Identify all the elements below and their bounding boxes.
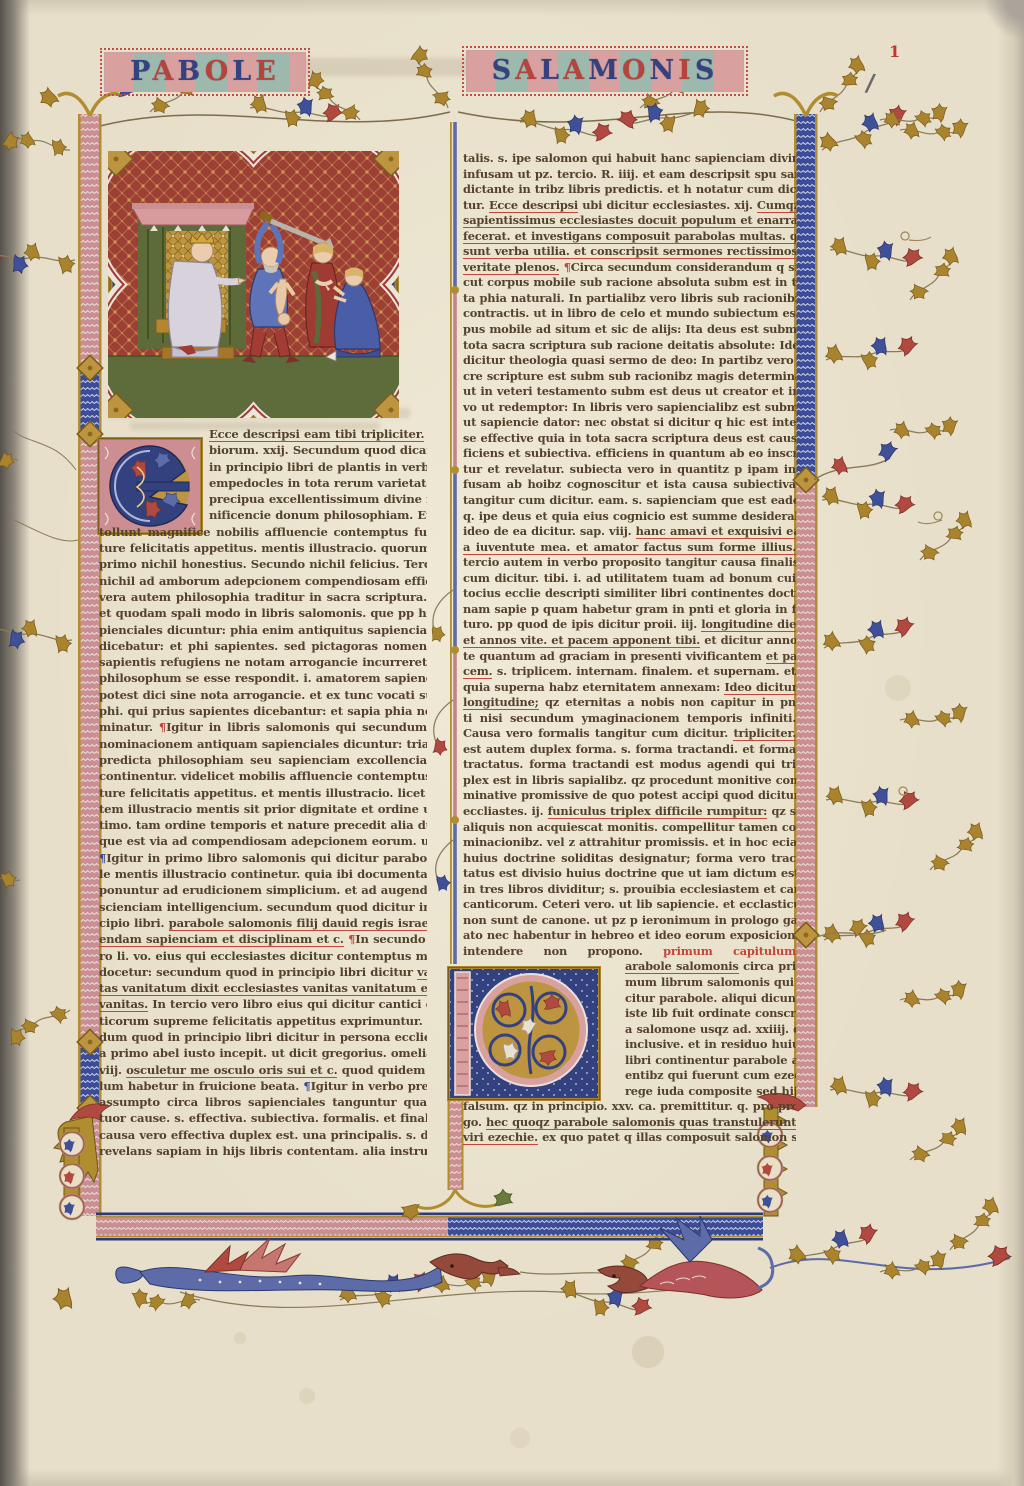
text-segment: empedocles in tota rerum varietate [209, 476, 427, 490]
text-line: intendere non propono. primum capitulum [463, 944, 796, 960]
text-segment: docetur: secundum quod in principio libr… [99, 965, 417, 979]
text-segment: que est via ad compendiosam adepcionem e… [99, 834, 427, 848]
paragraph-mark: ¶ [564, 260, 571, 274]
text-line: tocius ecclie descripti similiter libri … [463, 586, 796, 602]
header-word-parabole: PABOLE [104, 52, 306, 92]
text-segment: circa pri [739, 959, 796, 973]
text-segment: phi. qui prius sapientes dicebantur: et … [99, 704, 427, 718]
text-line: q. ipe deus et quia eius cognicio est su… [463, 509, 796, 525]
text-line: rege iuda composite sed hij videt [625, 1084, 796, 1100]
text-segment: philosophum se esse respondit. i. amator… [99, 671, 427, 685]
text-segment: continentur. videlicet mobilis affluenci… [99, 769, 427, 783]
text-line: longitudine; qz eternitas a nobis non ca… [463, 695, 796, 711]
text-line: et quodam spali modo in libris salomonis… [99, 605, 427, 621]
text-segment: et dicitur annos vi [700, 633, 796, 647]
text-segment: assumpto circa libros sapienciales tangu… [99, 1095, 427, 1109]
header-text: PABOLE [130, 57, 280, 87]
text-line: cut corpus mobile sub racione absoluta s… [463, 275, 796, 291]
text-line: lum habetur in fruicione beata. ¶Igitur … [99, 1078, 427, 1094]
header-letter: O [622, 55, 650, 86]
text-segment: longitudine; [463, 695, 539, 710]
text-segment: viri ezechie. [463, 1130, 538, 1145]
text-line: cre scripture est subm sub racionibz mag… [463, 369, 796, 385]
text-line: est autem duplex forma. s. forma tractan… [463, 742, 796, 758]
text-line: ut in veteri testamento subm est deus ut… [463, 384, 796, 400]
text-line: assumpto circa libros sapienciales tangu… [99, 1094, 427, 1110]
text-line: philosophum se esse respondit. i. amator… [99, 670, 427, 686]
text-line: nificencie donum philosophiam. Et ex [209, 507, 427, 523]
text-line: entibz qui fuerunt cum ezechia [625, 1068, 796, 1084]
header-letter: E [255, 56, 280, 87]
text-segment: In secundo ve [355, 932, 427, 946]
text-segment: canticorum. Ceteri vero. ut lib sapienci… [463, 897, 796, 911]
text-segment: Ecce descripsi [489, 198, 578, 213]
text-segment: ato nec habentur in hebreo et ideo eorum… [463, 928, 796, 942]
text-line: vera autem philosophia traditur in sacra… [99, 589, 427, 605]
text-segment: tollunt magnifice nobilis affluencie con… [99, 525, 427, 539]
header-letter: O [205, 56, 233, 87]
header-letter: L [540, 55, 563, 86]
text-segment: longitudine diei [701, 617, 796, 632]
text-segment: ture felicitatis appetitus. mentis illus… [99, 541, 427, 555]
text-segment: le mentis illustracio continetur. quia i… [99, 867, 427, 881]
text-segment: vani [417, 965, 427, 980]
header-word-salamonis: SALAMONIS [466, 50, 744, 92]
text-segment: non sunt de canone. ut pz p ieronimum in… [463, 913, 796, 927]
text-segment: citur parabole. aliqui dicunt q [625, 991, 796, 1005]
text-line: ro li. vo. eius qui ecclesiastes dicitur… [99, 948, 427, 964]
text-line: iste lib fuit ordinate conscriptus [625, 1006, 796, 1022]
text-segment: eccliastes. ij. [463, 804, 548, 818]
paragraph-mark: ¶ [303, 1079, 310, 1093]
header-letter: A [152, 56, 177, 87]
header-letter: A [563, 55, 588, 86]
text-line: veritate plenos. ¶Circa secundum conside… [463, 260, 796, 276]
text-segment: viij. [99, 1063, 126, 1077]
text-line: a primo abel iusto incepit. ut dicit gre… [99, 1045, 427, 1061]
text-segment: tem illustracio mentis sit prior dignita… [99, 802, 427, 816]
text-segment: qz si [767, 804, 796, 818]
text-line: a salomone usqz ad. xxiiij. ca. [625, 1022, 796, 1038]
text-line: mum librum salomonis qui di [625, 975, 796, 991]
text-segment: primo nichil honestius. Secundo nichil f… [99, 557, 427, 571]
text-segment: parabole salomonis filij dauid regis isr… [169, 916, 427, 931]
text-segment: In tercio vero libro eius qui dicitur ca… [148, 997, 427, 1011]
text-segment: infusam ut pz. tercio. R. iiij. et eam d… [463, 167, 796, 181]
text-line: cipio libri. parabole salomonis filij da… [99, 915, 427, 931]
text-line: que est via ad compendiosam adepcionem e… [99, 833, 427, 849]
text-segment: ex quo patet q illas composuit salomon s… [538, 1130, 796, 1144]
text-line: arabole salomonis circa pri [625, 959, 796, 975]
text-segment: tercio autem in verbo proposito tangitur… [463, 555, 796, 569]
text-segment: ponuntur ad erudicionem simplicium. et a… [99, 883, 427, 897]
text-line: timo. tam ordine temporis et nature prec… [99, 817, 427, 833]
text-line: ture felicitatis appetitus. mentis illus… [99, 540, 427, 556]
text-segment: talis. s. ipe salomon qui habuit hanc sa… [463, 151, 796, 165]
text-segment: se effective quia in tota sacra scriptur… [463, 431, 796, 445]
text-line: precipua excellentissimum divine mu [209, 491, 427, 507]
text-segment: nam sapie p quam habetur gram in pnti et… [463, 602, 796, 616]
text-segment: et annos vite. et pacem apponent tibi. [463, 633, 700, 648]
text-line: nichil ad amborum adepcionem compendiosa… [99, 573, 427, 589]
text-segment: Causa vero formalis tangitur cum dicitur… [463, 726, 733, 740]
text-segment: pienciales dicuntur: phia enim antiquitu… [99, 623, 427, 637]
text-line: viij. osculetur me osculo oris sui et c.… [99, 1062, 427, 1078]
text-line: tatus est divisio huius doctrine que ut … [463, 866, 796, 882]
text-line: tuor cause. s. effectiva. subiectiva. fo… [99, 1110, 427, 1126]
text-segment: ture felicitatis appetitus. et mentis il… [99, 786, 427, 800]
text-segment: vanitas. [99, 997, 148, 1012]
text-line: citur parabole. aliqui dicunt q [625, 991, 796, 1007]
text-line: ponuntur ad erudicionem simplicium. et a… [99, 882, 427, 898]
text-segment: arabole salomonis [625, 959, 739, 974]
text-segment: cum dicitur. tibi. i. ad utilitatem tuam… [463, 571, 796, 585]
text-segment: Ecce descripsi eam tibi tripliciter. [209, 427, 424, 442]
text-line: tur et revelatur. subiecta vero in quant… [463, 462, 796, 478]
text-segment: biorum. xxij. Secundum quod dicatur [209, 443, 427, 457]
text-line: a iuventute mea. et amator factus sum fo… [463, 540, 796, 556]
text-segment: hanc amavi et exquisivi eam [636, 524, 796, 539]
text-line: minative promissive de quo potest accipi… [463, 788, 796, 804]
text-segment: entibz qui fuerunt cum ezechia [625, 1068, 796, 1082]
text-segment: a iuventute mea. et amator factus sum fo… [463, 540, 796, 555]
text-segment: timo. tam ordine temporis et nature prec… [99, 818, 427, 832]
manuscript-page: PABOLE SALAMONIS 1 / [0, 0, 1024, 1486]
text-line: non sunt de canone. ut pz p ieronimum in… [463, 913, 796, 929]
text-line: phi. qui prius sapientes dicebantur: et … [99, 703, 427, 719]
text-line: se effective quia in tota sacra scriptur… [463, 431, 796, 447]
text-segment: intendere non propono. [463, 944, 663, 958]
text-segment: turo. pp quod de ipis dicitur proii. iij… [463, 617, 701, 631]
text-segment: ut sapiencie dator: nec obstat si dicitu… [463, 415, 796, 429]
header-text: SALAMONIS [492, 56, 719, 86]
text-segment: precipua excellentissimum divine mu [209, 492, 427, 506]
text-segment: mum librum salomonis qui di [625, 975, 796, 989]
text-segment: nominacionem antiquam sapienciales dicun… [99, 737, 427, 751]
text-segment: revelans sapiam in hijs libris contentam… [99, 1144, 427, 1158]
text-segment: libri continentur parabole a sapi [625, 1053, 796, 1067]
text-segment: ro li. vo. eius qui ecclesiastes dicitur… [99, 949, 427, 963]
text-line: Causa vero formalis tangitur cum dicitur… [463, 726, 796, 742]
text-segment: contractis. ut in libro de celo et mundo… [463, 306, 796, 320]
text-segment: sapientissimus ecclesiastes docuit popul… [463, 213, 796, 228]
text-segment: tripliciter. [733, 726, 796, 741]
text-segment: ut in veteri testamento subm est deus ut… [463, 384, 796, 398]
text-line: contractis. ut in libro de celo et mundo… [463, 306, 796, 322]
text-segment: tur et revelatur. subiecta vero in quant… [463, 462, 796, 476]
text-segment: q. ipe deus et quia eius cognicio est su… [463, 509, 796, 523]
text-segment: scienciam intelligencium. secundum quod … [99, 900, 427, 914]
header-letter: S [695, 55, 719, 86]
header-letter: B [177, 56, 204, 87]
text-line: ficiens et subiectiva. efficiens in quan… [463, 446, 796, 462]
text-line: quia superna habz eternitatem annexam: I… [463, 680, 796, 696]
text-line: ture felicitatis appetitus. et mentis il… [99, 785, 427, 801]
text-line: tangitur cum dicitur. eam. s. sapienciam… [463, 493, 796, 509]
text-segment: prou [424, 427, 427, 441]
header-letter: I [678, 55, 695, 86]
text-segment: dicitur theologia quasi sermo de deo: In… [463, 353, 796, 367]
header-letter: L [232, 56, 255, 87]
text-segment: lum habetur in fruicione beata. [99, 1079, 303, 1093]
text-line: dicebatur: et phi sapientes. sed pictago… [99, 638, 427, 654]
text-segment: plex est in libris sapialibz. qz procedu… [463, 773, 796, 787]
text-segment: rege iuda composite sed hij videt [625, 1084, 796, 1098]
text-line: et annos vite. et pacem apponent tibi. e… [463, 633, 796, 649]
text-line: go. hec quoqz parabole salomonis quas tr… [463, 1115, 796, 1131]
text-segment: ficiens et subiectiva. efficiens in quan… [463, 446, 796, 460]
text-segment: et pa [766, 649, 796, 664]
text-segment: cut corpus mobile sub racione absoluta s… [463, 275, 796, 289]
text-line: fecerat. et investigans composuit parabo… [463, 229, 796, 245]
text-line: ti nisi secundum ymaginacionem temporis … [463, 711, 796, 727]
text-segment: et quodam spali modo in libris salomonis… [99, 606, 427, 620]
text-line: tem illustracio mentis sit prior dignita… [99, 801, 427, 817]
text-line: pienciales dicuntur: phia enim antiquitu… [99, 622, 427, 638]
right-text-column: talis. s. ipe salomon qui habuit hanc sa… [463, 151, 796, 1146]
text-line: pus mobile ad situm et sic de alijs: Ita… [463, 322, 796, 338]
text-line: minacionibz. vel z attrahitur promissis.… [463, 835, 796, 851]
text-segment: go. [463, 1115, 486, 1129]
text-segment: tatus est divisio huius doctrine que ut … [463, 866, 796, 880]
text-segment: huius doctrine soliditas designatur; for… [463, 851, 796, 865]
text-line: nominacionem antiquam sapienciales dicun… [99, 736, 427, 752]
text-segment: Igitur in libris salomonis qui secundum [166, 720, 427, 734]
text-line: vanitas. In tercio vero libro eius qui d… [99, 996, 427, 1012]
text-line: eccliastes. ij. funiculus triplex diffic… [463, 804, 796, 820]
text-segment: iste lib fuit ordinate conscriptus [625, 1006, 796, 1020]
text-line: vo ut redemptor: In libris vero sapienci… [463, 400, 796, 416]
text-line: sapientis refugiens ne notam arrogancie … [99, 654, 427, 670]
text-line: tractatus. forma tractandi est modus age… [463, 757, 796, 773]
text-segment: s. triplicem. internam. finalem. et supe… [492, 664, 796, 678]
text-segment: minative promissive de quo potest accipi… [463, 788, 796, 802]
text-segment: ti nisi secundum ymaginacionem temporis … [463, 711, 796, 725]
paragraph-mark: ¶ [159, 720, 166, 734]
text-segment: causa vero effectiva duplex est. una pri… [99, 1128, 427, 1142]
text-line: Ecce descripsi eam tibi tripliciter. pro… [209, 426, 427, 442]
text-segment: predicta philosophiam seu sapienciam exc… [99, 753, 427, 767]
text-line: ideo de ea dicitur. sap. viij. hanc amav… [463, 524, 796, 540]
header-letter: A [515, 55, 540, 86]
header-letter: N [649, 55, 678, 86]
text-line: cem. s. triplicem. internam. finalem. et… [463, 664, 796, 680]
text-line: endam sapienciam et disciplinam et c. ¶I… [99, 931, 427, 947]
header-letter: M [588, 55, 622, 86]
text-segment: Ideo dicitur [724, 680, 796, 695]
left-text-column: Ecce descripsi eam tibi tripliciter. pro… [99, 426, 427, 1159]
text-line: ut sapiencie dator: nec obstat si dicitu… [463, 415, 796, 431]
text-line: te quantum ad graciam in presenti vivifi… [463, 649, 796, 665]
judgment-of-solomon-miniature [108, 151, 399, 418]
text-line: dictante in tribz libris predictis. et h… [463, 182, 796, 198]
text-segment: cipio libri. [99, 916, 169, 930]
text-segment: vera autem philosophia traditur in sacra… [99, 590, 427, 604]
text-segment: veritate plenos. [463, 260, 559, 275]
text-segment: ideo de ea dicitur. sap. viij. [463, 524, 636, 538]
text-line: inclusive. et in residuo huius [625, 1037, 796, 1053]
text-segment: vo ut redemptor: In libris vero sapienci… [463, 400, 796, 414]
text-segment: Circa secundum considerandum q si [571, 260, 796, 274]
text-segment: pus mobile ad situm et sic de alijs: Ita… [463, 322, 796, 336]
header-letter: S [492, 55, 516, 86]
folio-number: 1 [889, 42, 900, 61]
text-segment: qz eternitas a nobis non capitur in pn [539, 695, 796, 709]
text-segment: funiculus triplex difficile rumpitur: [548, 804, 768, 819]
text-line: in tres libros dividitur; s. prouibia ec… [463, 882, 796, 898]
text-segment: sunt verba utilia. et conscripsit sermon… [463, 244, 796, 259]
text-segment: minacionibz. vel z attrahitur promissis.… [463, 835, 796, 849]
text-line: canticorum. Ceteri vero. ut lib sapienci… [463, 897, 796, 913]
text-line: talis. s. ipe salomon qui habuit hanc sa… [463, 151, 796, 167]
text-line: aliquis non acquiescat monitis. compelli… [463, 820, 796, 836]
text-line: tota sacra scriptura sub racione deitati… [463, 338, 796, 354]
text-segment: endam sapienciam et disciplinam et c. [99, 932, 344, 947]
text-segment: tuor cause. s. effectiva. subiectiva. fo… [99, 1111, 427, 1125]
text-line: ticorum supreme felicitatis appetitus ex… [99, 1013, 427, 1029]
text-line: huius doctrine soliditas designatur; for… [463, 851, 796, 867]
text-line: dum quod in principio libri dicitur in p… [99, 1029, 427, 1045]
text-line: biorum. xxij. Secundum quod dicatur [209, 442, 427, 458]
text-line: sunt verba utilia. et conscripsit sermon… [463, 244, 796, 260]
text-segment: cre scripture est subm sub racionibz mag… [463, 369, 796, 383]
text-segment: osculetur me osculo oris sui et c. [126, 1063, 337, 1078]
text-segment: aliquis non acquiescat monitis. compelli… [463, 820, 796, 834]
text-line: tercio autem in verbo proposito tangitur… [463, 555, 796, 571]
text-segment: in tres libros dividitur; s. prouibia ec… [463, 882, 796, 896]
text-segment: Cumqz ess [757, 198, 796, 213]
text-line: potest dici sine nota arrogancie. et ex … [99, 687, 427, 703]
text-segment: nichil ad amborum adepcionem compendiosa… [99, 574, 427, 588]
text-line: primo nichil honestius. Secundo nichil f… [99, 556, 427, 572]
text-line: libri continentur parabole a sapi [625, 1053, 796, 1069]
text-line: in principio libri de plantis in verba [209, 459, 427, 475]
text-segment: ta phia naturali. In partialibz vero lib… [463, 291, 796, 305]
text-line: causa vero effectiva duplex est. una pri… [99, 1127, 427, 1143]
text-segment: tota sacra scriptura sub racione deitati… [463, 338, 796, 352]
text-segment: inclusive. et in residuo huius [625, 1037, 796, 1051]
text-segment: tocius ecclie descripti similiter libri … [463, 586, 796, 600]
text-segment: cem. [463, 664, 492, 679]
header-letter: P [130, 56, 152, 87]
text-segment: tangitur cum dicitur. eam. s. sapienciam… [463, 493, 796, 507]
text-line: ¶Igitur in primo libro salomonis qui dic… [99, 850, 427, 866]
text-line: revelans sapiam in hijs libris contentam… [99, 1143, 427, 1159]
text-segment: tur. [463, 198, 489, 212]
text-segment: dictante in tribz libris predictis. et h… [463, 182, 796, 196]
text-segment: falsum. qz in principio. xxv. ca. premit… [463, 1099, 796, 1113]
text-line: falsum. qz in principio. xxv. ca. premit… [463, 1099, 796, 1115]
text-line: empedocles in tota rerum varietate [209, 475, 427, 491]
text-line: sapientissimus ecclesiastes docuit popul… [463, 213, 796, 229]
text-line: tollunt magnifice nobilis affluencie con… [99, 524, 427, 540]
text-line: tur. Ecce descripsi ubi dicitur ecclesia… [463, 198, 796, 214]
text-segment: quia superna habz eternitatem annexam: [463, 680, 724, 694]
text-line: infusam ut pz. tercio. R. iiij. et eam d… [463, 167, 796, 183]
text-segment: quod quidem oscu [337, 1063, 427, 1077]
text-line: ta phia naturali. In partialibz vero lib… [463, 291, 796, 307]
text-segment: a salomone usqz ad. xxiiij. ca. [625, 1022, 796, 1036]
text-line: ato nec habentur in hebreo et ideo eorum… [463, 928, 796, 944]
text-segment: a primo abel iusto incepit. ut dicit gre… [99, 1046, 427, 1060]
rubric-text: primum capitulum [663, 944, 796, 958]
text-segment: in principio libri de plantis in verba [209, 460, 427, 474]
text-line: minatur. ¶Igitur in libris salomonis qui… [99, 719, 427, 735]
text-line: tas vanitatum dixit ecclesiastes vanitas… [99, 980, 427, 996]
text-line: turo. pp quod de ipis dicitur proii. iij… [463, 617, 796, 633]
text-segment: ubi dicitur ecclesiastes. xij. [578, 198, 757, 212]
text-segment: potest dici sine nota arrogancie. et ex … [99, 688, 427, 702]
text-line: dicitur theologia quasi sermo de deo: In… [463, 353, 796, 369]
text-line: continentur. videlicet mobilis affluenci… [99, 768, 427, 784]
text-line: nam sapie p quam habetur gram in pnti et… [463, 602, 796, 618]
text-segment: tas vanitatum dixit ecclesiastes vanitas… [99, 981, 427, 996]
text-segment: tractatus. forma tractandi est modus age… [463, 757, 796, 771]
text-segment: hec quoqz parabole salomonis quas transt… [486, 1115, 796, 1130]
text-segment: nificencie donum philosophiam. Et ex [209, 508, 427, 522]
text-segment: te quantum ad graciam in presenti vivifi… [463, 649, 766, 663]
text-line: fusam ab hoibz cognoscitur et ista causa… [463, 477, 796, 493]
text-segment: Igitur in primo libro salomonis qui dici… [106, 851, 427, 865]
text-segment: ticorum supreme felicitatis appetitus ex… [99, 1014, 427, 1028]
text-segment: dum quod in principio libri dicitur in p… [99, 1030, 427, 1044]
text-segment: minatur. [99, 720, 159, 734]
dragon-icon [116, 1238, 620, 1292]
text-line: plex est in libris sapialibz. qz procedu… [463, 773, 796, 789]
text-segment: Igitur in verbo pre [311, 1079, 427, 1093]
text-segment: fecerat. et investigans composuit parabo… [463, 229, 796, 244]
text-line: cum dicitur. tibi. i. ad utilitatem tuam… [463, 571, 796, 587]
text-line: docetur: secundum quod in principio libr… [99, 964, 427, 980]
text-segment: sapientis refugiens ne notam arrogancie … [99, 655, 427, 669]
text-segment: dicebatur: et phi sapientes. sed pictago… [99, 639, 427, 653]
text-segment: fusam ab hoibz cognoscitur et ista causa… [463, 477, 796, 491]
text-line: le mentis illustracio continetur. quia i… [99, 866, 427, 882]
text-line: predicta philosophiam seu sapienciam exc… [99, 752, 427, 768]
text-line: scienciam intelligencium. secundum quod … [99, 899, 427, 915]
text-line: viri ezechie. ex quo patet q illas compo… [463, 1130, 796, 1146]
text-segment: est autem duplex forma. s. forma tractan… [463, 742, 796, 756]
